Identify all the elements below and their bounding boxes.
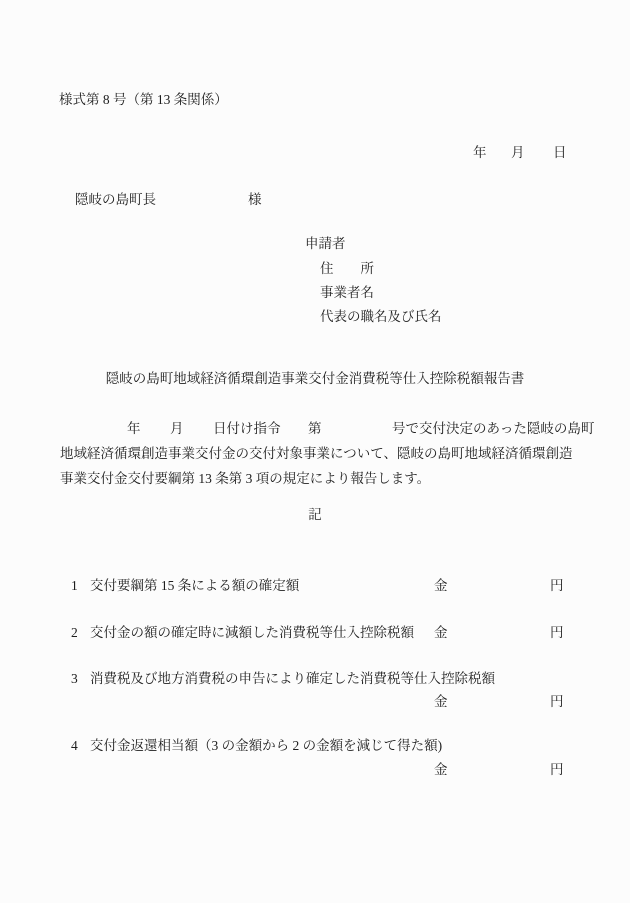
addressee-name: 隠岐の島町長 <box>75 192 156 207</box>
body-number-prefix-label: 第 <box>308 421 322 436</box>
date-day-label: 日 <box>553 145 567 160</box>
item-1-amount-prefix: 金 <box>434 578 448 593</box>
body-month-label: 月 <box>170 421 184 436</box>
record-marker: 記 <box>0 507 630 522</box>
addressee-line: 隠岐の島町長 様 <box>0 192 630 207</box>
item-row-1: 1 交付要綱第 15 条による額の確定額 金 円 <box>0 578 630 593</box>
item-4-amount-line: 金 円 <box>0 762 630 777</box>
item-4-amount-prefix: 金 <box>434 762 448 777</box>
item-2-text: 交付金の額の確定時に減額した消費税等仕入控除税額 <box>90 625 414 640</box>
item-2-amount-suffix: 円 <box>550 625 564 640</box>
date-year-label: 年 <box>473 145 487 160</box>
item-3-text: 消費税及び地方消費税の申告により確定した消費税等仕入控除税額 <box>90 671 495 686</box>
item-row-4: 4 交付金返還相当額（3 の金額から 2 の金額を減じて得た額) <box>0 738 630 753</box>
addressee-honorific: 様 <box>248 192 262 207</box>
item-3-amount-suffix: 円 <box>550 694 564 709</box>
body-year-label: 年 <box>127 421 141 436</box>
item-1-number: 1 <box>71 578 78 593</box>
item-3-amount-line: 金 円 <box>0 694 630 709</box>
body-paragraph-line-1: 年 月 日付け指令 第 号で交付決定のあった隠岐の島町 <box>0 421 630 436</box>
body-line1-tail: 号で交付決定のあった隠岐の島町 <box>392 421 594 436</box>
applicant-heading: 申請者 <box>305 236 346 251</box>
item-4-text: 交付金返還相当額（3 の金額から 2 の金額を減じて得た額) <box>90 738 442 753</box>
item-3-amount-prefix: 金 <box>434 694 448 709</box>
date-month-label: 月 <box>511 145 525 160</box>
document-title: 隠岐の島町地域経済循環創造事業交付金消費税等仕入控除税額報告書 <box>0 371 630 386</box>
item-1-text: 交付要綱第 15 条による額の確定額 <box>90 578 299 593</box>
item-2-amount-prefix: 金 <box>434 625 448 640</box>
date-line: 年 月 日 <box>0 145 630 160</box>
document-page: 様式第 8 号（第 13 条関係） 年 月 日 隠岐の島町長 様 申請者 住 所… <box>0 0 630 903</box>
form-number: 様式第 8 号（第 13 条関係） <box>59 92 228 107</box>
item-2-number: 2 <box>71 625 78 640</box>
applicant-business-name-label: 事業者名 <box>320 285 374 300</box>
body-paragraph-line-2: 地域経済循環創造事業交付金の交付対象事業について、隠岐の島町地域経済循環創造 <box>60 446 572 461</box>
item-row-2: 2 交付金の額の確定時に減額した消費税等仕入控除税額 金 円 <box>0 625 630 640</box>
applicant-representative-label: 代表の職名及び氏名 <box>320 309 442 324</box>
body-day-directive-label: 日付け指令 <box>213 421 281 436</box>
applicant-address-label: 住 所 <box>320 261 374 276</box>
item-4-amount-suffix: 円 <box>550 762 564 777</box>
item-4-number: 4 <box>71 738 78 753</box>
item-3-number: 3 <box>71 671 78 686</box>
item-1-amount-suffix: 円 <box>550 578 564 593</box>
item-row-3: 3 消費税及び地方消費税の申告により確定した消費税等仕入控除税額 <box>0 671 630 686</box>
body-paragraph-line-3: 事業交付金交付要綱第 13 条第 3 項の規定により報告します。 <box>60 471 430 486</box>
